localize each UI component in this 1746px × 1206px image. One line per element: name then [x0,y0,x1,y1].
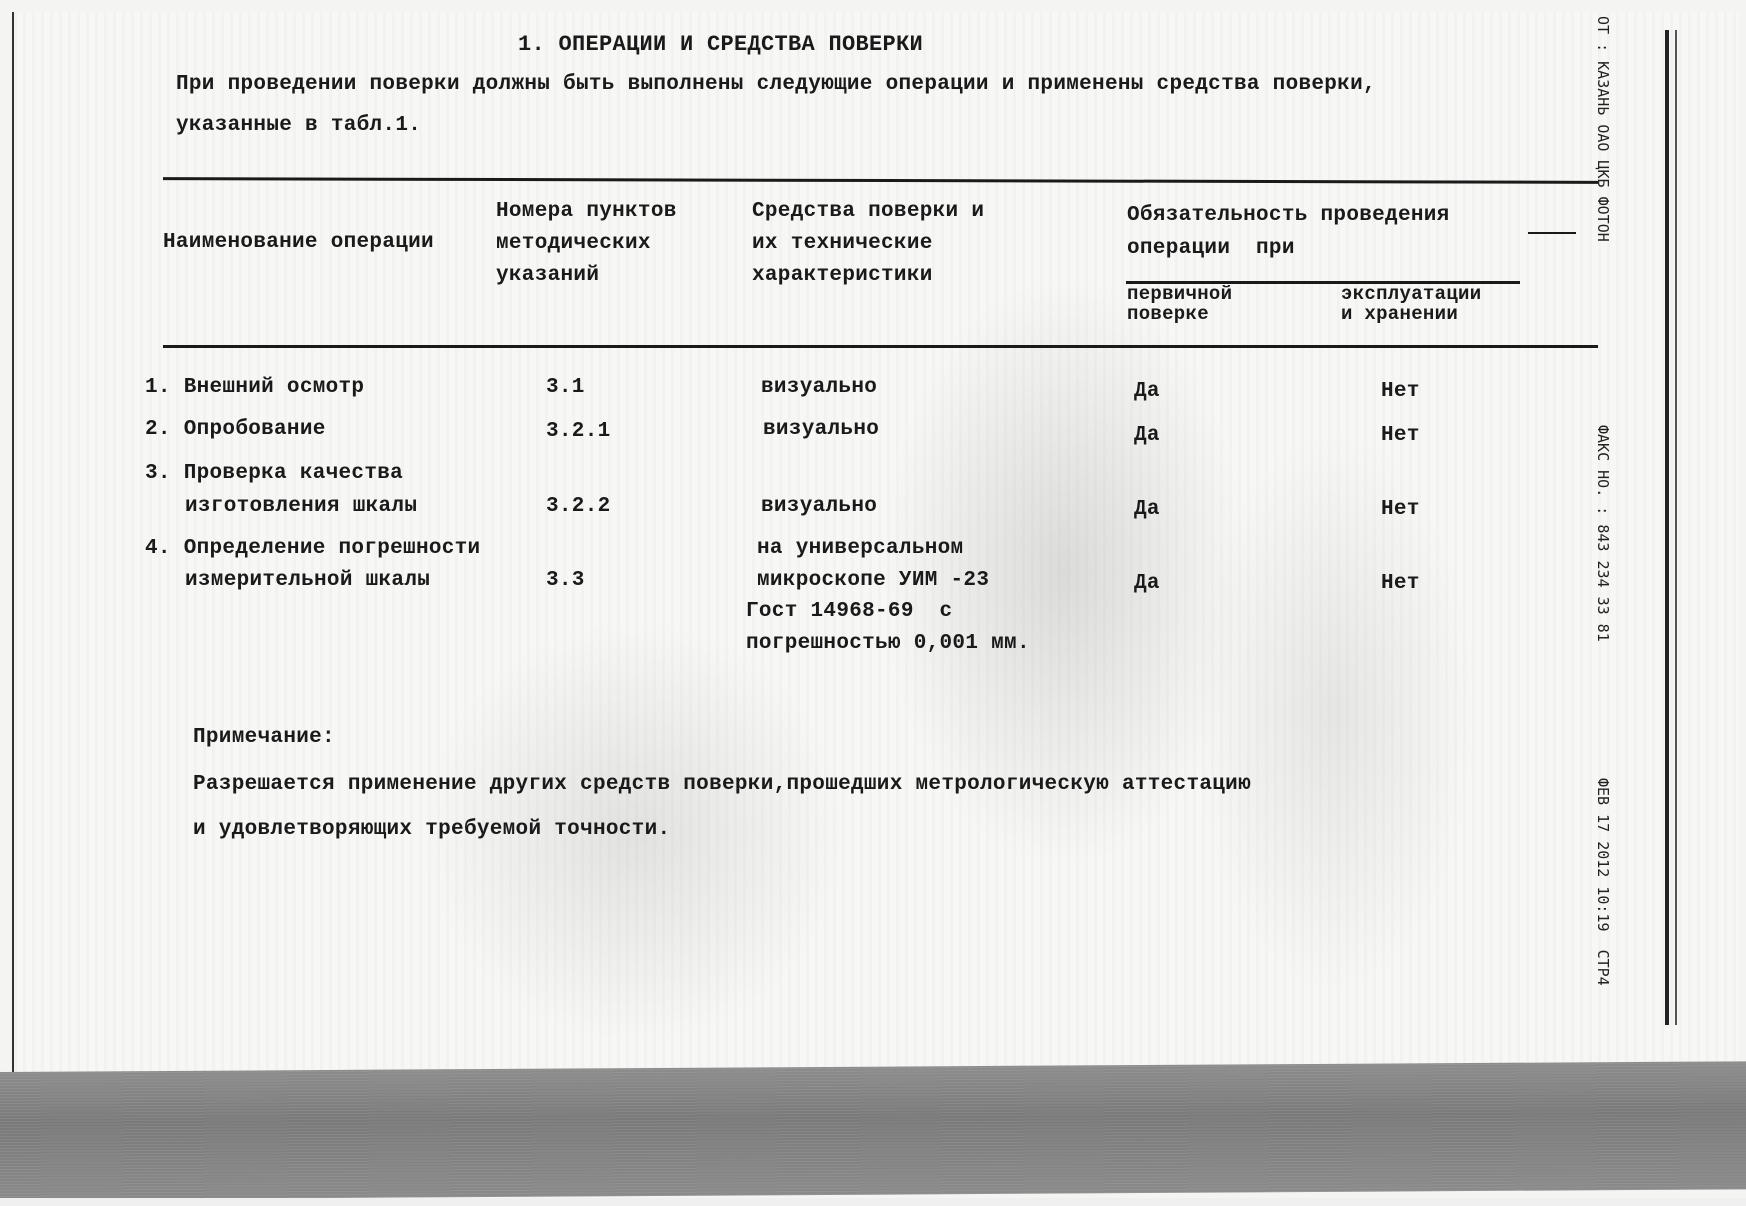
note-line-2: и удовлетворяющих требуемой точности. [193,818,670,841]
header-means-line-2: их технические [752,232,933,255]
header-means-line-3: характеристики [752,264,933,287]
header-obligation-line-1: Обязательность проведения [1127,204,1450,227]
fax-datetime-page: ФЕВ 17 2012 10:19 СТР4 [1594,778,1612,986]
table-header-bottom-rule [163,345,1598,348]
row-3-primary: Да [1134,498,1160,521]
row-4-means-line-4: погрешностью 0,001 мм. [746,632,1030,655]
header-operation-line-1: эксплуатации [1341,284,1481,304]
header-obligation-line-2: операции при [1127,237,1295,260]
header-primary-line-1: первичной [1127,284,1232,304]
header-operation-name: Наименование операции [163,231,434,254]
row-4-name-line-2: измерительной шкалы [185,569,430,592]
row-4-means-line-2: микроскопе УИМ -23 [757,569,989,592]
row-3-name-line-1: 3. Проверка качества [145,462,403,485]
page-edge-line [1665,30,1669,1025]
row-1-means: визуально [761,376,877,399]
row-1-operation: Нет [1381,380,1420,403]
row-1-clause: 3.1 [546,376,585,399]
scan-shadow-band [0,1061,1746,1200]
row-4-name-line-1: 4. Определение погрешности [145,537,480,560]
row-3-name-line-2: изготовления шкалы [185,495,417,518]
row-2-clause: 3.2.1 [546,420,611,443]
margin-tick [1528,232,1576,234]
row-1-name: 1. Внешний осмотр [145,376,364,399]
header-clause-line-3: указаний [496,264,599,287]
row-4-means-line-1: на универсальном [757,537,963,560]
row-3-means: визуально [761,495,877,518]
row-2-name: 2. Опробование [145,418,326,441]
header-primary-line-2: поверке [1127,304,1209,324]
header-clause-line-1: Номера пунктов [496,200,677,223]
row-3-clause: 3.2.2 [546,495,611,518]
row-2-primary: Да [1134,424,1160,447]
row-4-primary: Да [1134,572,1160,595]
fax-from: ОТ : КАЗАНЬ ОАО ЦКБ ФОТОН [1594,16,1612,242]
intro-line-1: При проведении поверки должны быть выпол… [176,73,1376,96]
row-4-means-line-3: Гост 14968-69 с [746,600,952,623]
intro-line-2: указанные в табл.1. [176,114,421,137]
page-edge-line-secondary [1675,30,1677,1025]
header-means-line-1: Средства поверки и [752,200,984,223]
row-1-primary: Да [1134,380,1160,403]
row-4-clause: 3.3 [546,569,585,592]
fax-number: ФАКС НО. : 843 234 33 81 [1594,425,1612,642]
row-3-operation: Нет [1381,498,1420,521]
header-clause-line-2: методических [496,232,651,255]
scan-bottom-edge [0,1198,1746,1206]
note-line-1: Разрешается применение других средств по… [193,773,1251,796]
header-operation-line-2: и хранении [1341,304,1458,324]
row-2-means: визуально [763,418,879,441]
row-2-operation: Нет [1381,424,1420,447]
section-title: 1. ОПЕРАЦИИ И СРЕДСТВА ПОВЕРКИ [518,32,923,57]
note-label: Примечание: [193,726,335,749]
row-4-operation: Нет [1381,572,1420,595]
